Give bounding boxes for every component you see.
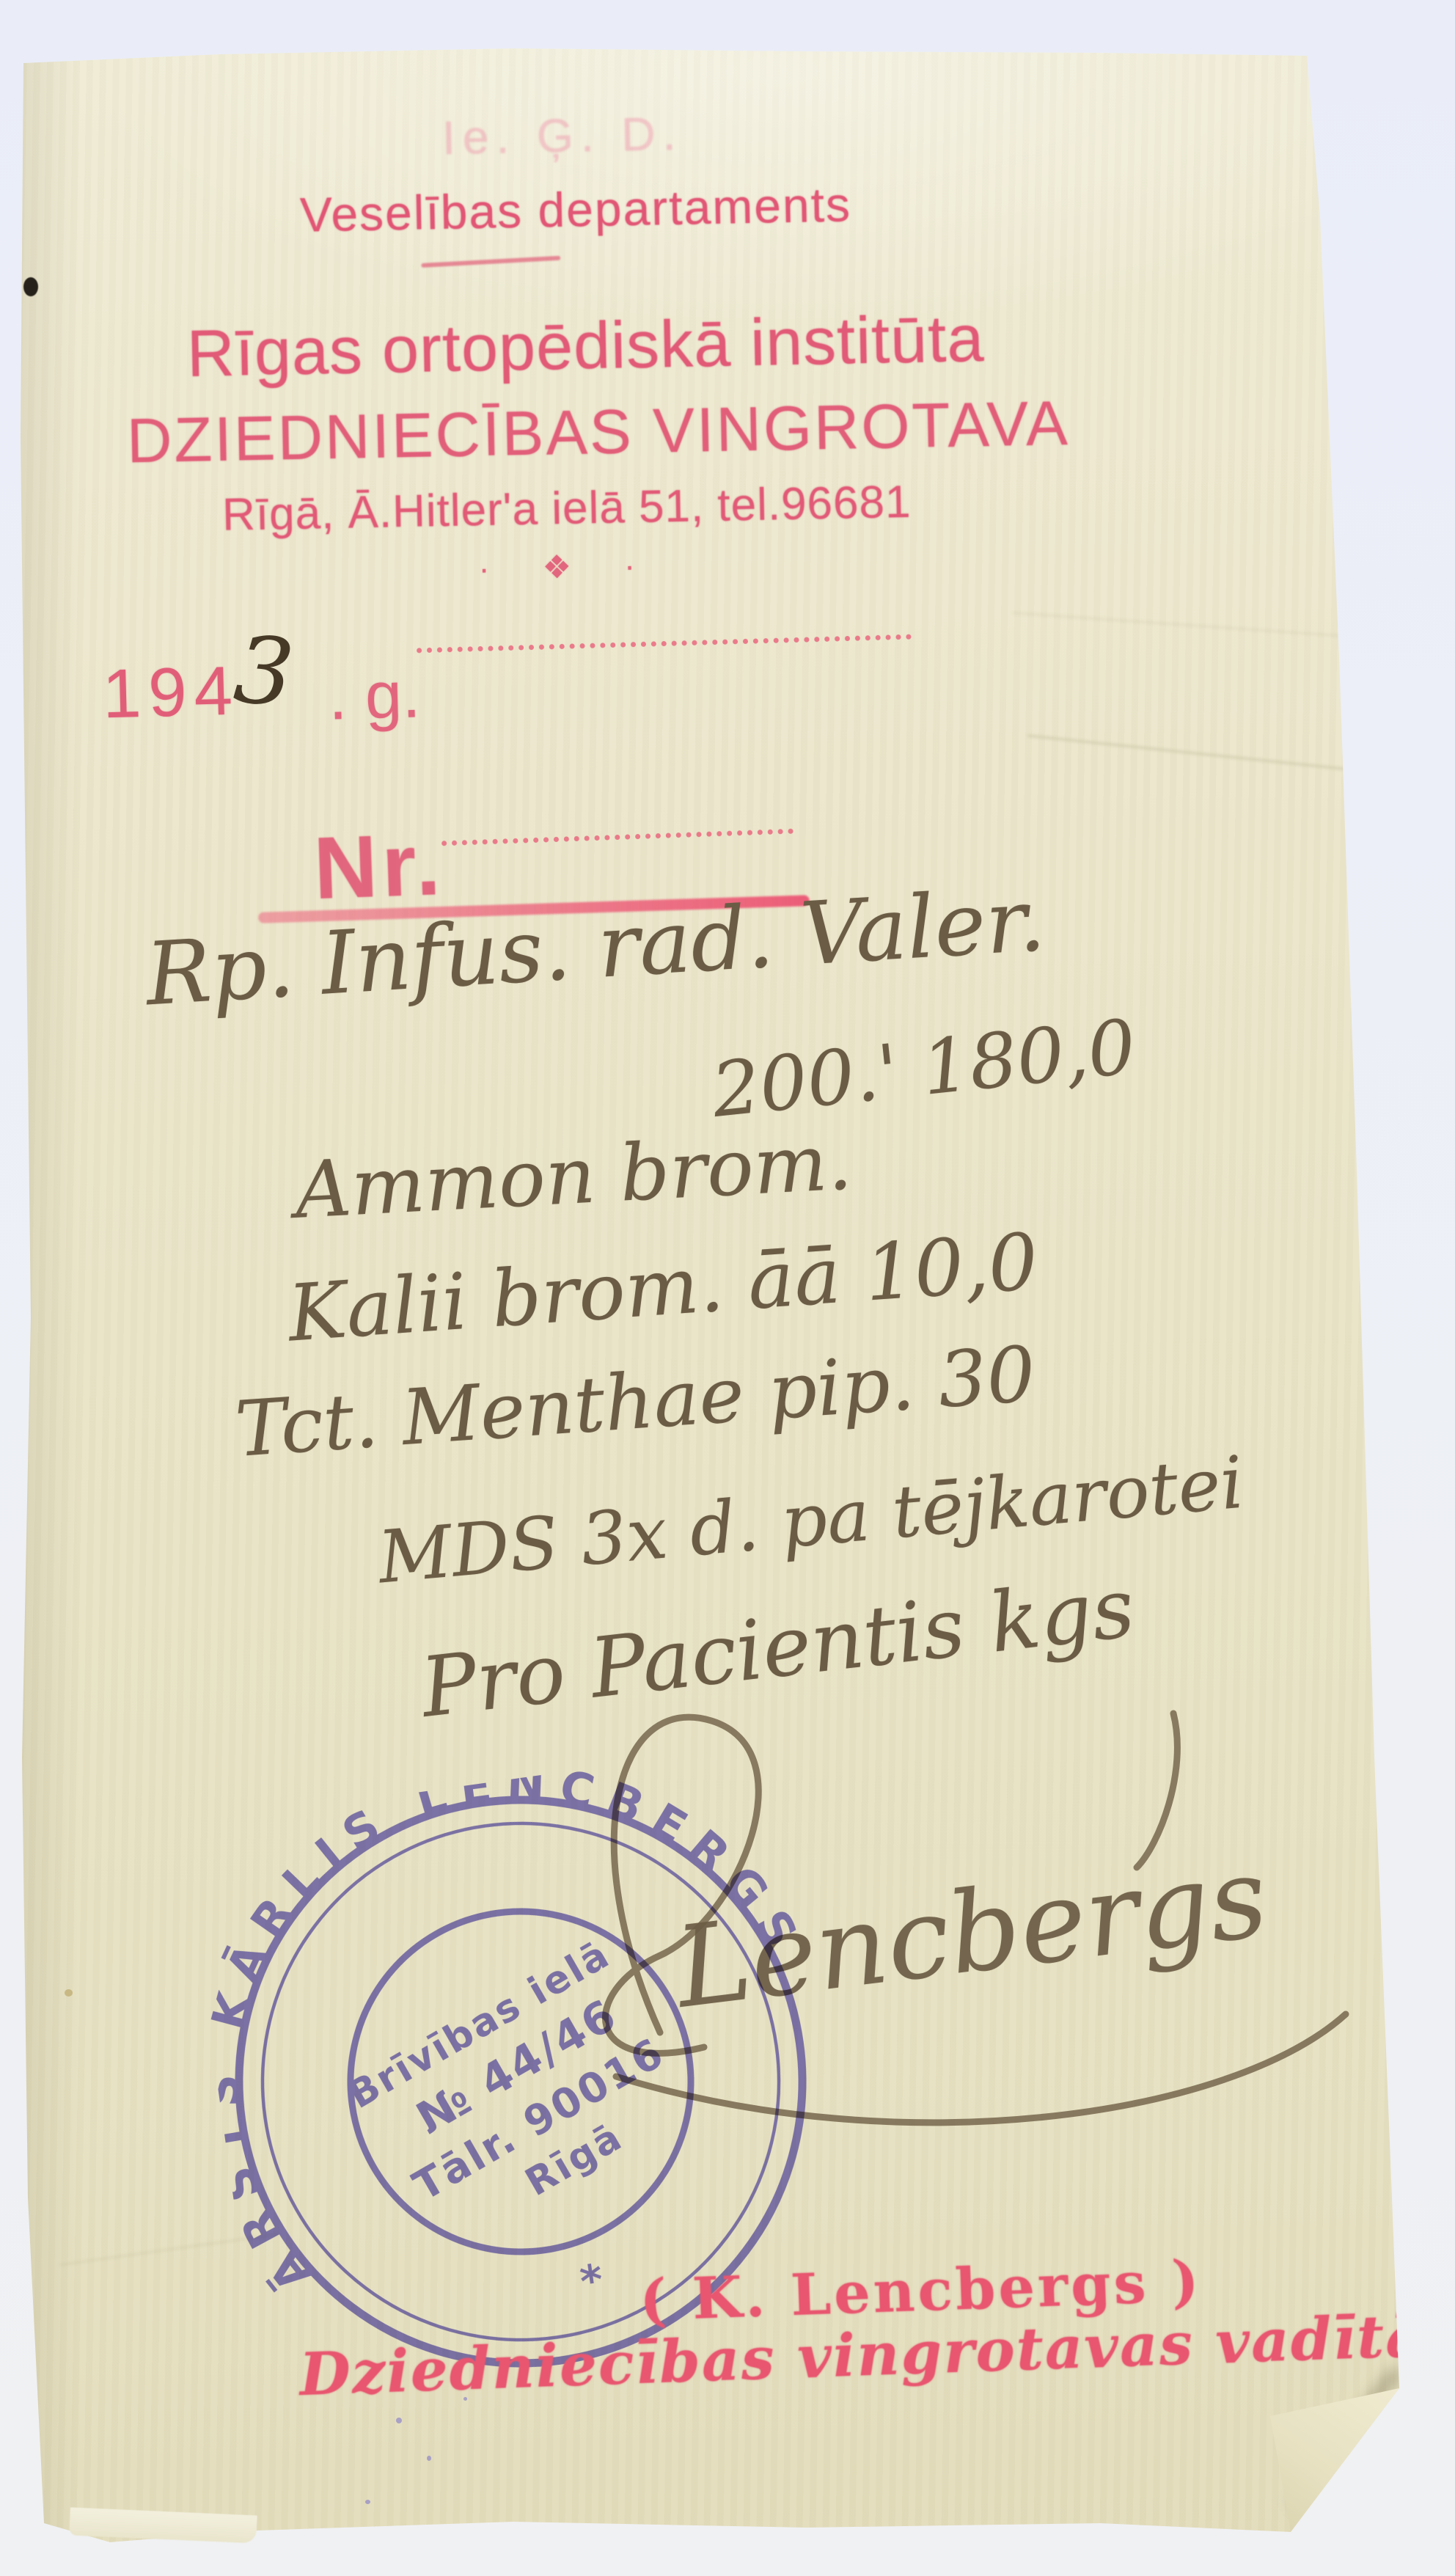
letterhead-stamp: Ie. Ģ. D. Veselības departaments Rīgas o… xyxy=(15,6,1405,32)
date-printed-suffix: . g. xyxy=(328,657,422,735)
prescription-paper: Ie. Ģ. D. Veselības departaments Rīgas o… xyxy=(15,19,1405,2558)
date-printed-prefix: 194 xyxy=(102,651,241,734)
number-label: Nr. xyxy=(312,813,447,919)
paper-stain xyxy=(65,1989,73,1997)
ink-dot xyxy=(23,277,38,296)
ink-speckle xyxy=(411,2533,415,2538)
ink-speckle xyxy=(396,2418,402,2423)
letterhead-faded-line: Ie. Ģ. D. xyxy=(441,106,683,165)
photo-background: Ie. Ģ. D. Veselības departaments Rīgas o… xyxy=(0,0,1455,2576)
letterhead-ornament: · ❖ · xyxy=(377,545,759,590)
ink-speckle xyxy=(365,2500,370,2504)
stamp-address-block: Brīvības ielā № 44/46 Tālr. 90016 Rīgā xyxy=(341,1932,700,2260)
paper-edge-shade xyxy=(15,19,81,2558)
ink-speckle xyxy=(427,2456,431,2461)
date-handwritten-digit: 3 xyxy=(230,615,298,728)
stamp-bottom-mark: * xyxy=(577,2254,606,2307)
photo-of-prescription: { "photo": { "background_color": "#edeff… xyxy=(0,0,1455,2576)
